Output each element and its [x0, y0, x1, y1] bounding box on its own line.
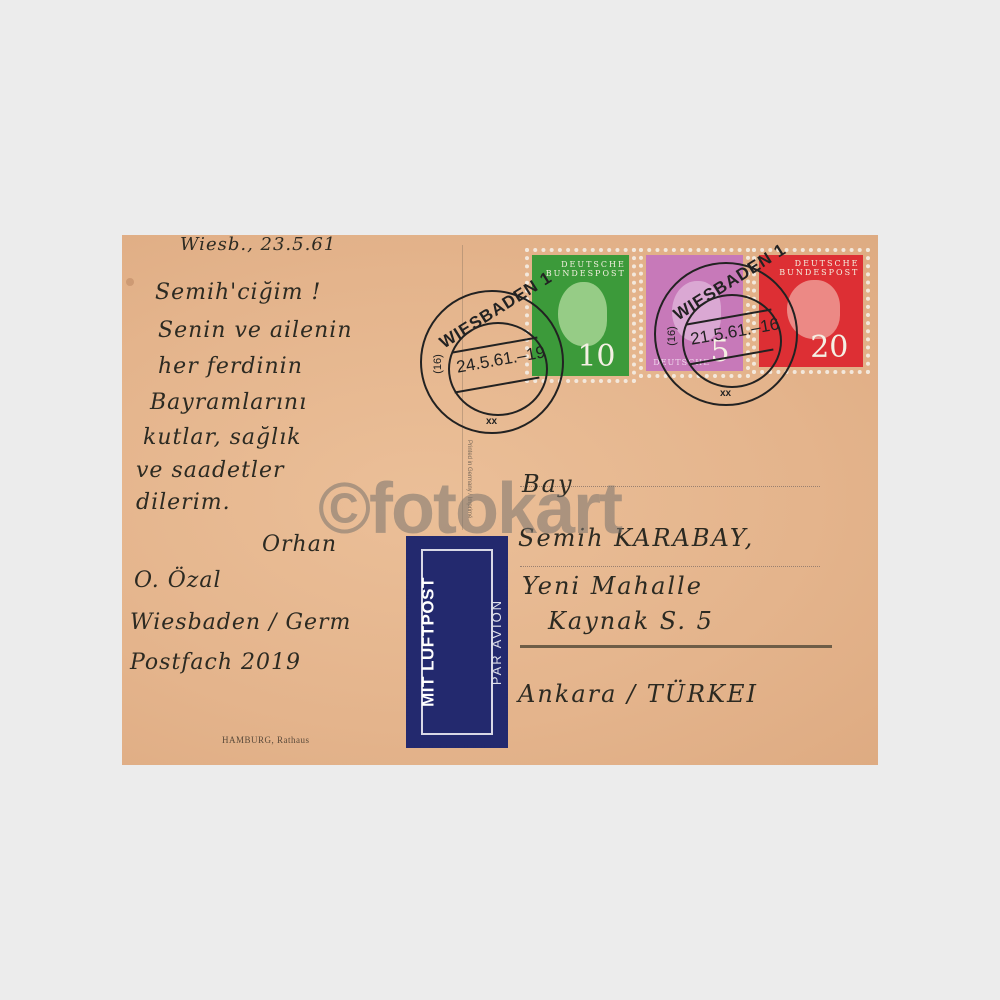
- postmark-code: (16): [432, 354, 444, 374]
- postmark: WIESBADEN 1 24.5.61.–19 (16) xx: [420, 290, 564, 434]
- address-line: [520, 645, 832, 648]
- stamp-value: 20: [810, 330, 848, 365]
- postmark-marks: xx: [720, 388, 731, 399]
- postmark: WIESBADEN 1 21.5.61.–16 (16) xx: [654, 262, 798, 406]
- stamp-value: 10: [577, 339, 615, 374]
- portrait-icon: [558, 282, 607, 346]
- message-line: ve saadetler: [136, 458, 284, 483]
- recipient-line: Yeni Mahalle: [522, 572, 703, 600]
- sender-line: O. Özal: [134, 568, 222, 593]
- message-line: Senin ve ailenin: [158, 318, 352, 343]
- message-line: Semih'ciğim !: [155, 280, 321, 305]
- message-line: her ferdinin: [158, 354, 303, 379]
- recipient-line: Ankara / TÜRKEI: [518, 680, 758, 708]
- sender-line: Wiesbaden / Germ: [130, 610, 351, 635]
- message-line: dilerim.: [136, 490, 231, 515]
- airmail-subtext: PAR AVION: [489, 599, 504, 685]
- sender-line: Postfach 2019: [130, 650, 301, 675]
- message-line: kutlar, sağlık: [143, 425, 301, 450]
- message-place-date: Wiesb., 23.5.61: [180, 234, 336, 255]
- airmail-label: MIT LUFTPOST PAR AVION: [406, 536, 508, 748]
- postmark-marks: xx: [486, 416, 497, 427]
- address-line: [520, 566, 820, 567]
- airmail-text: MIT LUFTPOST: [418, 577, 438, 707]
- message-line: Bayramlarını: [150, 390, 307, 415]
- card-caption: HAMBURG, Rathaus: [222, 735, 310, 745]
- stain: [126, 278, 134, 286]
- recipient-line: Kaynak S. 5: [548, 607, 714, 635]
- postmark-code: (16): [666, 326, 678, 346]
